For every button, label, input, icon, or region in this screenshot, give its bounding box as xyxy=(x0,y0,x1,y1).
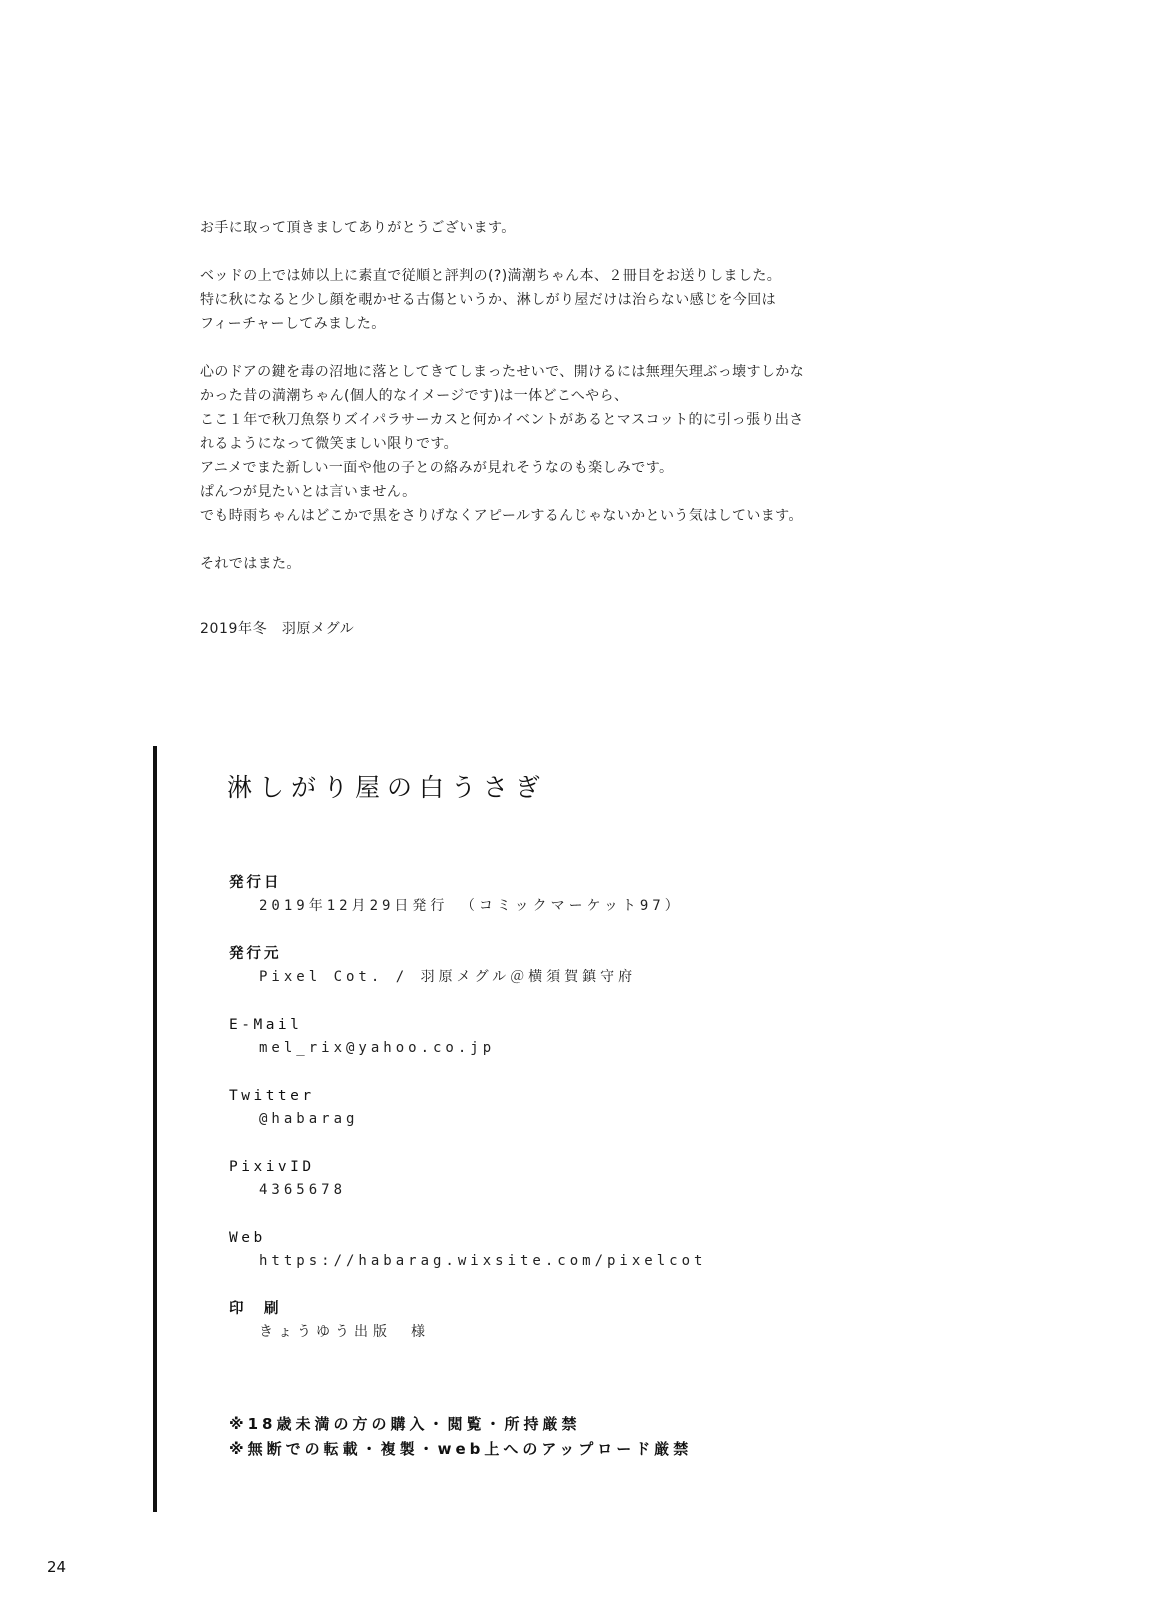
field-web: Web https://habarag.wixsite.com/pixelcot xyxy=(229,1227,929,1298)
field-label: Twitter xyxy=(229,1085,929,1107)
afterword-line: アニメでまた新しい一面や他の子との絡みが見れそうなのも楽しみです。 xyxy=(200,456,960,480)
field-printer: 印 刷 きょうゆう出版 様 xyxy=(229,1298,929,1369)
notice-no-reproduction: ※無断での転載・複製・web上へのアップロード厳禁 xyxy=(229,1437,692,1462)
afterword-line: でも時雨ちゃんはどこかで黒をさりげなくアピールするんじゃないかという気はしていま… xyxy=(200,504,960,528)
afterword: お手に取って頂きましてありがとうございます。 ベッドの上では姉以上に素直で従順と… xyxy=(200,216,960,600)
field-label: E-Mail xyxy=(229,1014,929,1036)
afterword-line: ここ１年で秋刀魚祭りズイパラサーカスと何かイベントがあるとマスコット的に引っ張り… xyxy=(200,408,960,432)
book-title: 淋しがり屋の白うさぎ xyxy=(227,768,547,804)
notice-age-restriction: ※18歳未満の方の購入・閲覧・所持厳禁 xyxy=(229,1412,692,1437)
pixiv-id-value: 4365678 xyxy=(259,1178,929,1202)
afterword-line: ベッドの上では姉以上に素直で従順と評判の(?)満潮ちゃん本、２冊目をお送りしまし… xyxy=(200,264,960,288)
afterword-line: 心のドアの鍵を毒の沼地に落としてきてしまったせいで、開けるには無理矢理ぶっ壊すし… xyxy=(200,360,960,384)
afterword-line: ぱんつが見たいとは言いません。 xyxy=(200,480,960,504)
colophon: 発行日 2019年12月29日発行 （コミックマーケット97） 発行元 Pixe… xyxy=(229,872,929,1369)
afterword-signature: 2019年冬 羽原メグル xyxy=(200,618,354,638)
afterword-line: それではまた。 xyxy=(200,552,960,576)
field-label: 発行元 xyxy=(229,943,929,965)
field-pixiv-id: PixivID 4365678 xyxy=(229,1156,929,1227)
field-publish-date: 発行日 2019年12月29日発行 （コミックマーケット97） xyxy=(229,872,929,943)
colophon-divider xyxy=(153,746,157,1512)
afterword-paragraph: 心のドアの鍵を毒の沼地に落としてきてしまったせいで、開けるには無理矢理ぶっ壊すし… xyxy=(200,360,960,528)
afterword-paragraph: ベッドの上では姉以上に素直で従順と評判の(?)満潮ちゃん本、２冊目をお送りしまし… xyxy=(200,264,960,336)
web-link[interactable]: https://habarag.wixsite.com/pixelcot xyxy=(259,1249,929,1273)
afterword-paragraph: それではまた。 xyxy=(200,552,960,576)
afterword-line: お手に取って頂きましてありがとうございます。 xyxy=(200,216,960,240)
field-label: PixivID xyxy=(229,1156,929,1178)
legal-notices: ※18歳未満の方の購入・閲覧・所持厳禁 ※無断での転載・複製・web上へのアップ… xyxy=(229,1412,692,1462)
twitter-handle: @habarag xyxy=(259,1107,929,1131)
afterword-line: かった昔の満潮ちゃん(個人的なイメージです)は一体どこへやら、 xyxy=(200,384,960,408)
email-link[interactable]: mel_rix@yahoo.co.jp xyxy=(259,1036,929,1060)
field-value: きょうゆう出版 様 xyxy=(259,1320,929,1344)
afterword-paragraph: お手に取って頂きましてありがとうございます。 xyxy=(200,216,960,240)
field-value: 2019年12月29日発行 （コミックマーケット97） xyxy=(259,894,929,918)
afterword-line: れるようになって微笑ましい限りです。 xyxy=(200,432,960,456)
page-number: 24 xyxy=(47,1558,66,1576)
field-label: 発行日 xyxy=(229,872,929,894)
afterword-line: 特に秋になると少し顔を覗かせる古傷というか、淋しがり屋だけは治らない感じを今回は xyxy=(200,288,960,312)
field-label: 印 刷 xyxy=(229,1298,929,1320)
field-value: Pixel Cot. / 羽原メグル＠横須賀鎮守府 xyxy=(259,965,929,989)
field-label: Web xyxy=(229,1227,929,1249)
afterword-line: フィーチャーしてみました。 xyxy=(200,312,960,336)
field-publisher: 発行元 Pixel Cot. / 羽原メグル＠横須賀鎮守府 xyxy=(229,943,929,1014)
field-email: E-Mail mel_rix@yahoo.co.jp xyxy=(229,1014,929,1085)
field-twitter: Twitter @habarag xyxy=(229,1085,929,1156)
